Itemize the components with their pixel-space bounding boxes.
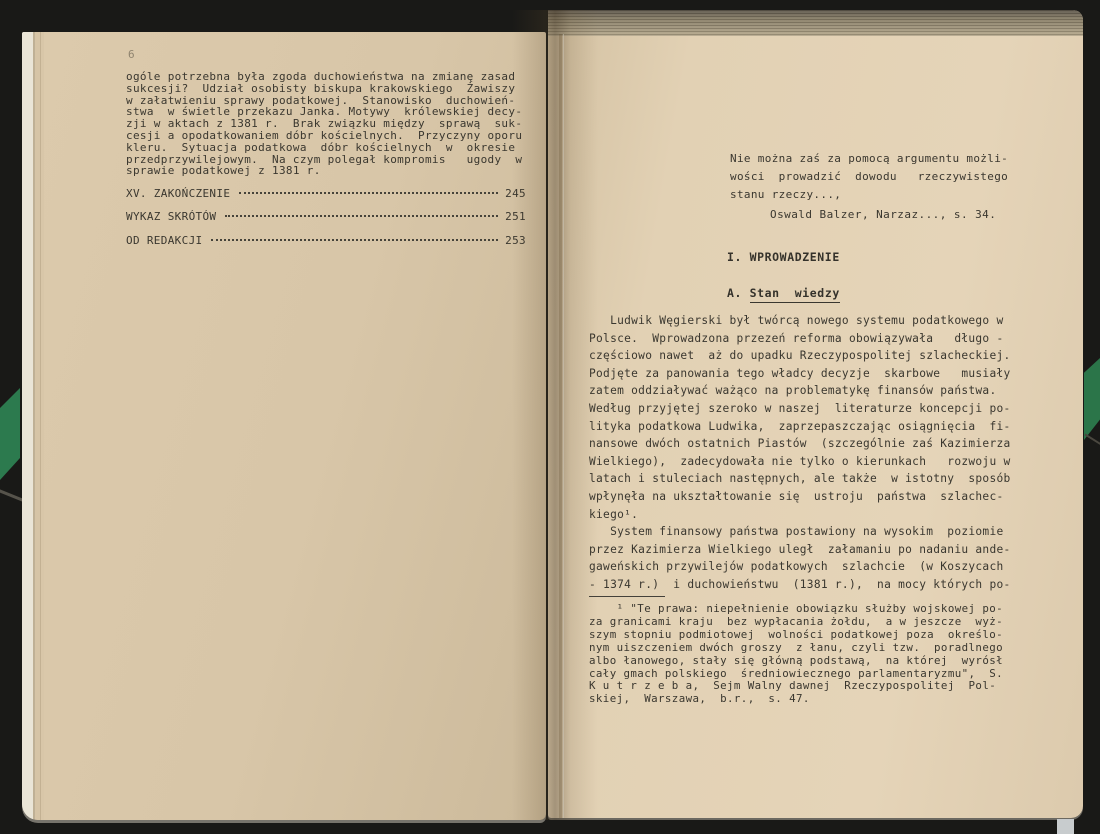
toc-entry-page: 253 [505,234,526,247]
gutter-fold-shadow [559,34,562,818]
toc-entry-label: WYKAZ SKRÓTÓW [126,210,216,223]
section-heading: A. Stan wiedzy [727,286,840,300]
dot-leader [239,192,498,194]
right-page: Nie można zaś za pomocą argumentu możli-… [548,10,1083,818]
body-paragraph-2: System finansowy państwa postawiony na w… [589,523,1034,593]
toc-entry: XV. ZAKOŃCZENIE 245 [126,187,526,210]
chapter-heading: I. WPROWADZENIE [727,250,840,264]
toc-entry-page: 251 [505,210,526,223]
section-prefix: A. [727,286,750,300]
body-paragraph-1: Ludwik Węgierski był twórcą nowego syste… [589,312,1034,523]
green-ribbon-left-icon [0,388,20,488]
book-scan: 6 ogóle potrzebna była zgoda duchowieńst… [0,0,1100,834]
page-block-top-edge [548,10,1083,36]
footnote-separator [589,596,665,597]
toc-entry-label: XV. ZAKOŃCZENIE [126,187,230,200]
left-page-edge [22,32,44,820]
dot-leader [211,239,498,241]
page-number: 6 [128,48,135,61]
epigraph-attribution: Oswald Balzer, Narzaz..., s. 34. [770,208,996,221]
left-page-paragraph: ogóle potrzebna była zgoda duchowieństwa… [126,71,538,177]
toc-entry-label: OD REDAKCJI [126,234,202,247]
green-ribbon-right-icon [1084,358,1100,440]
footnote-text: ¹ "Te prawa: niepełnienie obowiązku służ… [589,603,1029,706]
scanner-corner-chip [1057,819,1074,834]
toc-entry-page: 245 [505,187,526,200]
toc-entry: OD REDAKCJI 253 [126,234,526,257]
dot-leader [225,215,498,217]
epigraph-quote: Nie można zaś za pomocą argumentu możli-… [730,150,1008,204]
left-page: 6 ogóle potrzebna była zgoda duchowieńst… [22,32,546,820]
section-title: Stan wiedzy [750,286,840,303]
table-of-contents: XV. ZAKOŃCZENIE 245 WYKAZ SKRÓTÓW 251 OD… [126,187,526,257]
gutter-fold-highlight [563,34,564,818]
ribbon-shadow-right [1085,434,1100,457]
toc-entry: WYKAZ SKRÓTÓW 251 [126,210,526,233]
